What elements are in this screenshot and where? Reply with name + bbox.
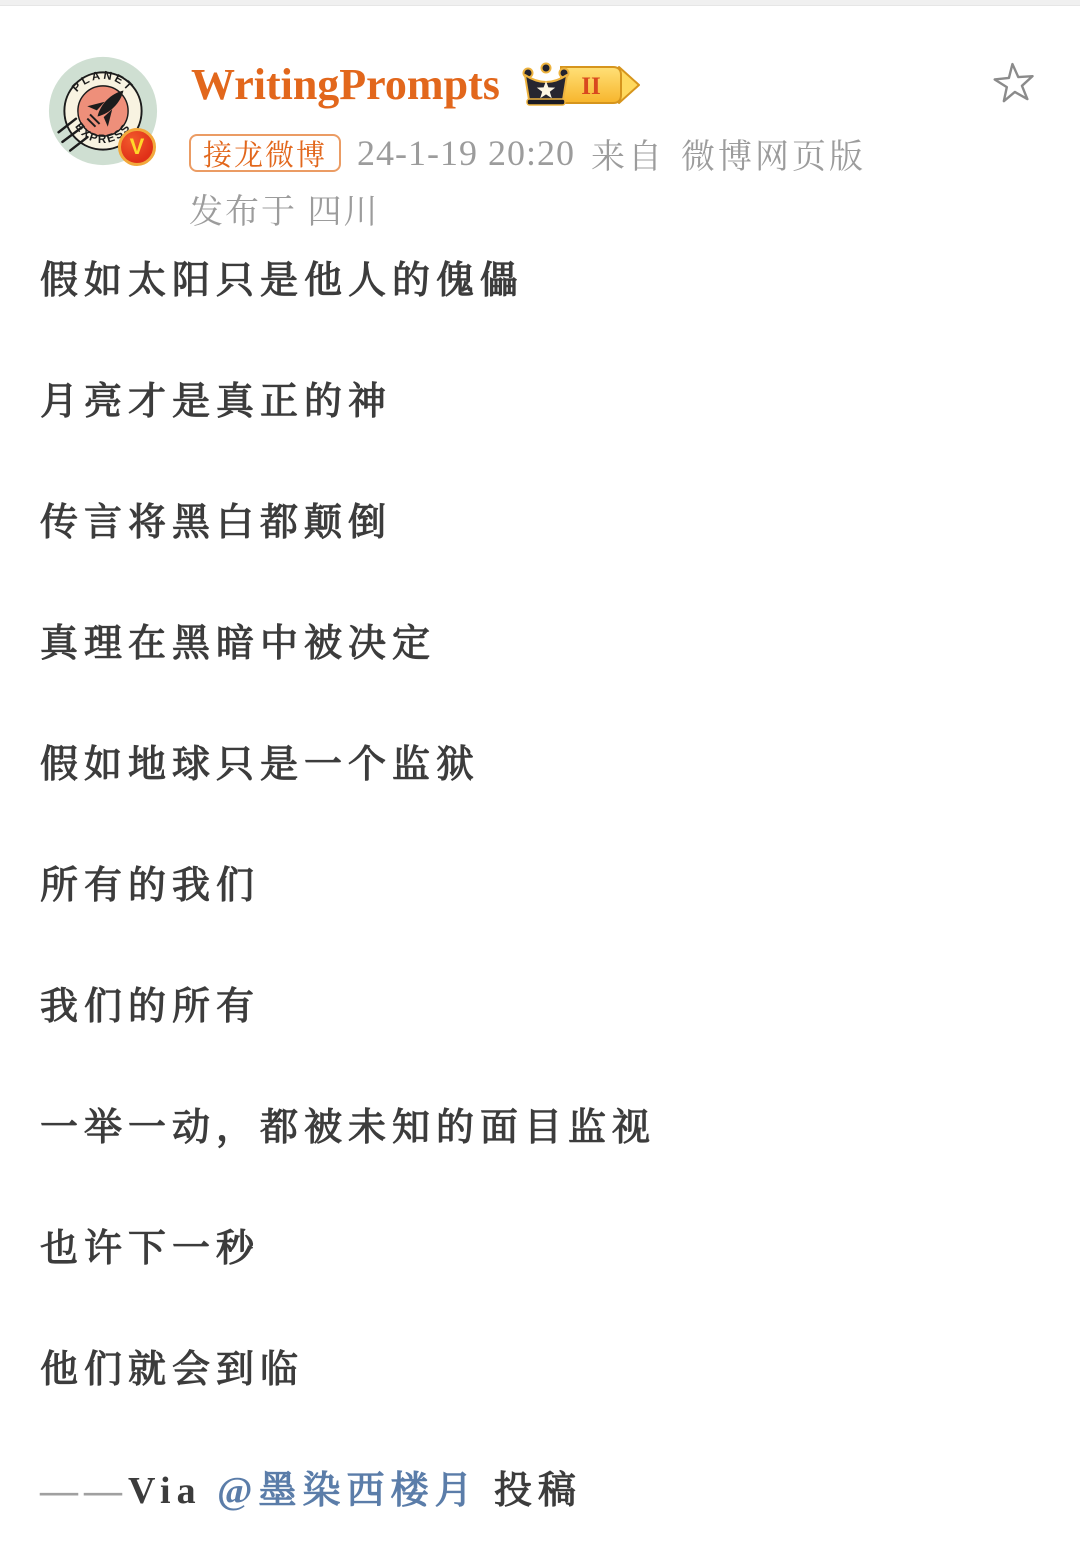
post-timestamp[interactable]: 24-1-19 20:20 — [357, 132, 575, 174]
svg-text:II: II — [581, 73, 600, 100]
footer-dashes: —— — [40, 1470, 128, 1512]
post-line: 所有的我们 — [40, 826, 1050, 947]
post-line: 我们的所有 — [40, 947, 1050, 1068]
post-line: 假如太阳只是他人的傀儡 — [40, 221, 1050, 342]
crown-level-icon: II — [515, 62, 643, 108]
star-outline-icon — [988, 56, 1040, 108]
footer-via-label: Via — [128, 1470, 217, 1512]
post-body: 假如太阳只是他人的傀儡月亮才是真正的神传言将黑白都颠倒真理在黑暗中被决定假如地球… — [40, 221, 1050, 1546]
post-line: 一举一动，都被未知的面目监视 — [40, 1068, 1050, 1189]
page-top-strip — [0, 0, 1080, 6]
verified-v-badge-icon: V — [118, 128, 156, 166]
post-line: 他们就会到临 — [40, 1310, 1050, 1431]
post-line: 真理在黑暗中被决定 — [40, 584, 1050, 705]
post-line: 也许下一秒 — [40, 1189, 1050, 1310]
verified-v-letter: V — [130, 136, 145, 158]
source-app-link[interactable]: 微博网页版 — [681, 129, 866, 178]
weibo-post-card: PLANET EXPRESS V WritingPrompts — [0, 0, 1080, 1546]
source-prefix-label: 来自 — [591, 129, 665, 178]
post-line: 传言将黑白都颠倒 — [40, 463, 1050, 584]
post-meta-row: 接龙微博 24-1-19 20:20 来自 微博网页版 — [189, 132, 866, 174]
mention-link[interactable]: @墨染西楼月 — [217, 1470, 478, 1512]
chain-weibo-tag[interactable]: 接龙微博 — [189, 134, 341, 172]
post-line: 假如地球只是一个监狱 — [40, 705, 1050, 826]
post-footer: ——Via @墨染西楼月 投稿 — [40, 1431, 1050, 1546]
username[interactable]: WritingPrompts — [191, 60, 500, 110]
favorite-star-button[interactable] — [990, 58, 1038, 106]
footer-suffix-label: 投稿 — [478, 1470, 582, 1512]
vip-level-badge[interactable]: II — [515, 62, 643, 108]
post-lines: 假如太阳只是他人的傀儡月亮才是真正的神传言将黑白都颠倒真理在黑暗中被决定假如地球… — [40, 221, 1050, 1431]
post-line: 月亮才是真正的神 — [40, 342, 1050, 463]
